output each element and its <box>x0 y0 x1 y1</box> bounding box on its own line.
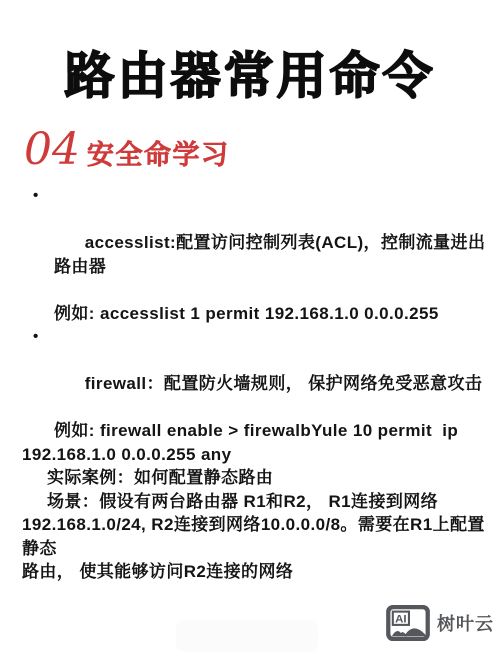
ai-photo-logo-icon: AI <box>385 604 431 642</box>
bullet-icon: • <box>33 184 39 208</box>
section-number: 04 <box>24 128 80 172</box>
example-continuation-line: 192.168.1.0 0.0.0.255 any <box>22 443 494 467</box>
list-item: • accesslist:配置访问控制列表(ACL)，控制流量进出路由器 <box>22 184 494 302</box>
router-commands-card: 路由器常用命令 04 安全命学习 • accesslist:配置访问控制列表(A… <box>0 0 500 654</box>
brand-watermark: AI 树叶云 <box>385 604 494 642</box>
example-line: 例如: firewall enable > firewalbYule 10 pe… <box>22 419 494 443</box>
section-title: 安全命学习 <box>87 138 230 172</box>
faint-watermark-blob <box>176 620 318 652</box>
scenario-line: 场景：假设有两台路由器 R1和R2， R1连接到网络 <box>22 490 494 514</box>
content-body: • accesslist:配置访问控制列表(ACL)，控制流量进出路由器 例如:… <box>22 184 494 584</box>
ai-logo-label: AI <box>395 614 406 626</box>
list-item: • firewall：配置防火墙规则， 保护网络免受恶意攻击 <box>22 325 494 419</box>
page-title: 路由器常用命令 <box>0 36 500 108</box>
scenario-continuation-line: 路由， 使其能够访问R2连接的网络 <box>22 560 494 584</box>
example-line: 例如: accesslist 1 permit 192.168.1.0 0.0.… <box>22 302 494 326</box>
section-header: 04 安全命学习 <box>24 128 230 172</box>
case-title-line: 实际案例：如何配置静态路由 <box>22 466 494 490</box>
list-item-text: firewall：配置防火墙规则， 保护网络免受恶意攻击 <box>85 374 483 393</box>
scenario-continuation-line: 192.168.1.0/24, R2连接到网络10.0.0.0/8。需要在R1上… <box>22 513 494 560</box>
list-item-text: accesslist:配置访问控制列表(ACL)，控制流量进出路由器 <box>54 233 485 276</box>
bullet-icon: • <box>33 325 39 349</box>
brand-name: 树叶云 <box>437 610 494 636</box>
